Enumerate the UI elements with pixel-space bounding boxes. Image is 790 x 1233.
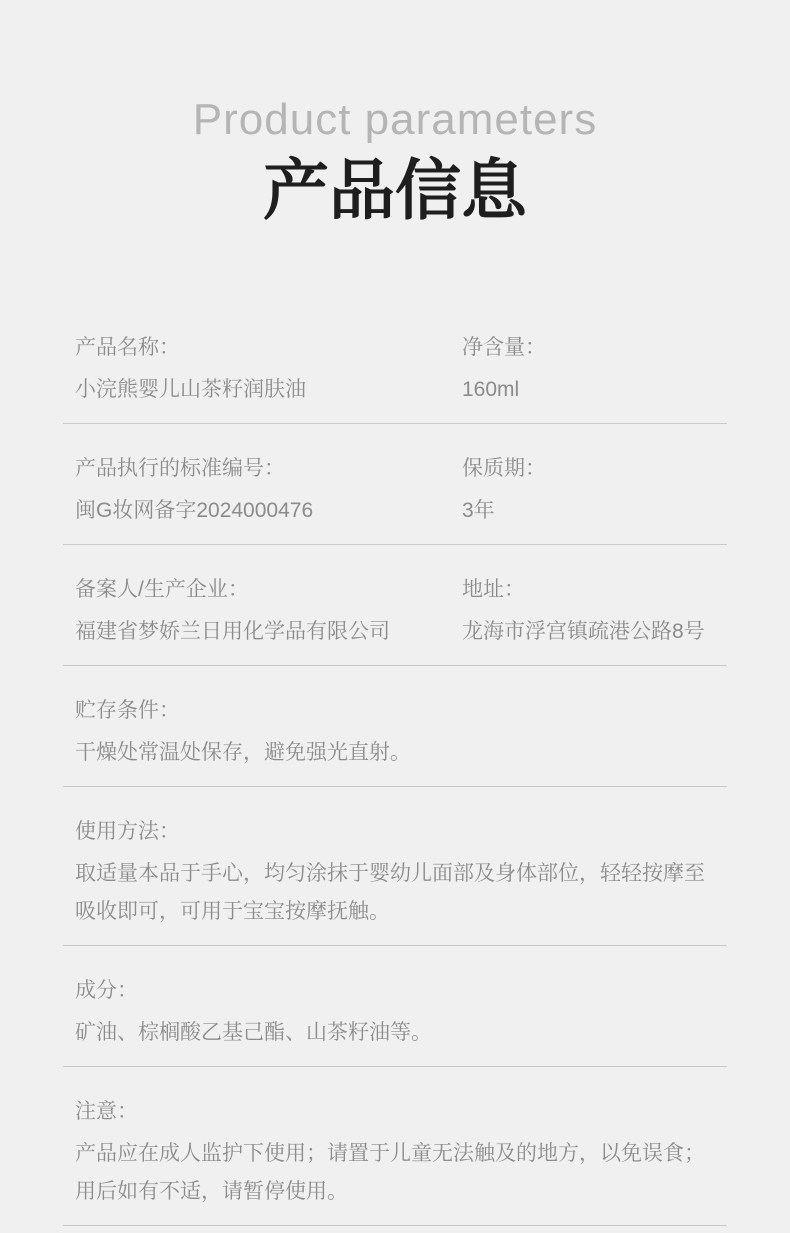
table-row: 使用方法： 取适量本品于手心，均匀涂抹于婴幼儿面部及身体部位，轻轻按摩至 吸收即… bbox=[63, 787, 727, 946]
field-value: 3年 bbox=[462, 492, 727, 530]
field-label: 净含量： bbox=[462, 333, 727, 363]
section-subtitle: Product parameters bbox=[0, 94, 790, 146]
field-value: 160ml bbox=[462, 371, 727, 409]
field-label: 成分： bbox=[75, 976, 727, 1006]
field-value: 取适量本品于手心，均匀涂抹于婴幼儿面部及身体部位，轻轻按摩至 吸收即可，可用于宝… bbox=[75, 855, 727, 931]
field-ingredients: 成分： 矿油、棕榈酸乙基己酯、山茶籽油等。 bbox=[75, 976, 727, 1052]
field-product-name: 产品名称： 小浣熊婴儿山茶籽润肤油 bbox=[75, 333, 462, 409]
field-label: 备案人/生产企业： bbox=[75, 575, 462, 605]
field-value: 福建省梦娇兰日用化学品有限公司 bbox=[75, 613, 462, 651]
field-label: 使用方法： bbox=[75, 817, 727, 847]
field-label: 产品执行的标准编号： bbox=[75, 454, 462, 484]
table-row: 贮存条件： 干燥处常温处保存，避免强光直射。 bbox=[63, 666, 727, 787]
field-label: 地址： bbox=[462, 575, 727, 605]
field-address: 地址： 龙海市浮宫镇疏港公路8号 bbox=[462, 575, 727, 651]
field-value: 矿油、棕榈酸乙基己酯、山茶籽油等。 bbox=[75, 1014, 727, 1052]
field-value: 干燥处常温处保存，避免强光直射。 bbox=[75, 734, 727, 772]
field-value: 产品应在成人监护下使用；请置于儿童无法触及的地方，以免误食； 用后如有不适，请暂… bbox=[75, 1135, 727, 1211]
product-spec-table: 产品名称： 小浣熊婴儿山茶籽润肤油 净含量： 160ml 产品执行的标准编号： … bbox=[63, 303, 727, 1226]
table-row: 产品名称： 小浣熊婴儿山茶籽润肤油 净含量： 160ml bbox=[63, 303, 727, 424]
field-usage-method: 使用方法： 取适量本品于手心，均匀涂抹于婴幼儿面部及身体部位，轻轻按摩至 吸收即… bbox=[75, 817, 727, 931]
field-value: 闽G妆网备字2024000476 bbox=[75, 492, 462, 530]
product-info-page: Product parameters 产品信息 产品名称： 小浣熊婴儿山茶籽润肤… bbox=[0, 0, 790, 1233]
field-label: 保质期： bbox=[462, 454, 727, 484]
table-row: 注意： 产品应在成人监护下使用；请置于儿童无法触及的地方，以免误食； 用后如有不… bbox=[63, 1067, 727, 1226]
field-label: 贮存条件： bbox=[75, 696, 727, 726]
field-manufacturer: 备案人/生产企业： 福建省梦娇兰日用化学品有限公司 bbox=[75, 575, 462, 651]
field-value: 龙海市浮宫镇疏港公路8号 bbox=[462, 613, 727, 651]
table-row: 成分： 矿油、棕榈酸乙基己酯、山茶籽油等。 bbox=[63, 946, 727, 1067]
field-standard-number: 产品执行的标准编号： 闽G妆网备字2024000476 bbox=[75, 454, 462, 530]
table-row: 备案人/生产企业： 福建省梦娇兰日用化学品有限公司 地址： 龙海市浮宫镇疏港公路… bbox=[63, 545, 727, 666]
field-shelf-life: 保质期： 3年 bbox=[462, 454, 727, 530]
field-net-content: 净含量： 160ml bbox=[462, 333, 727, 409]
table-row: 产品执行的标准编号： 闽G妆网备字2024000476 保质期： 3年 bbox=[63, 424, 727, 545]
field-storage-conditions: 贮存条件： 干燥处常温处保存，避免强光直射。 bbox=[75, 696, 727, 772]
field-label: 产品名称： bbox=[75, 333, 462, 363]
field-caution: 注意： 产品应在成人监护下使用；请置于儿童无法触及的地方，以免误食； 用后如有不… bbox=[75, 1097, 727, 1211]
section-title: 产品信息 bbox=[0, 146, 790, 234]
field-value: 小浣熊婴儿山茶籽润肤油 bbox=[75, 371, 462, 409]
field-label: 注意： bbox=[75, 1097, 727, 1127]
